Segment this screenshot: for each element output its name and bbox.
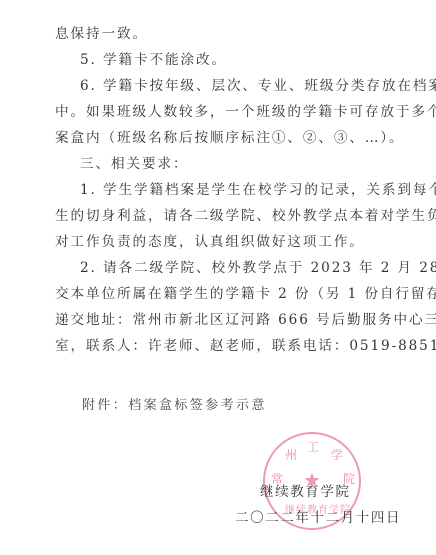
requirement-1: 1. 学生学籍档案是学生在校学习的记录，关系到每个学	[80, 182, 436, 198]
seal-char: 学	[331, 446, 343, 463]
attachment-note: 附件：档案盒标签参考示意	[82, 398, 267, 414]
item-6: 6. 学籍卡按年级、层次、专业、班级分类存放在档案盒	[80, 78, 436, 94]
contact-line: 室，联系人：许老师、赵老师，联系电话：0519-88510538。	[55, 338, 436, 354]
text-line: 中。如果班级人数较多，一个班级的学籍卡可存放于多个档	[55, 104, 436, 120]
section-heading-requirements: 三、相关要求：	[80, 156, 188, 172]
signature-organization: 继续教育学院	[260, 480, 351, 500]
text-line: 息保持一致。	[55, 26, 148, 42]
text-line: 对工作负责的态度，认真组织做好这项工作。	[55, 234, 365, 250]
seal-char: 工	[307, 438, 319, 455]
text-line: 案盒内（班级名称后按顺序标注①、②、③、…）。	[55, 130, 405, 146]
seal-char: 州	[285, 446, 297, 463]
signature-date: 二〇二二年十二月十四日	[235, 506, 401, 526]
text-line: 生的切身利益，请各二级学院、校外教学点本着对学生负责、	[55, 208, 436, 224]
requirement-2: 2. 请各二级学院、校外教学点于 2023 年 2 月 28 日前递	[80, 260, 436, 276]
item-5: 5. 学籍卡不能涂改。	[80, 52, 227, 68]
document-page: 息保持一致。 5. 学籍卡不能涂改。 6. 学籍卡按年级、层次、专业、班级分类存…	[0, 0, 436, 555]
address-line: 递交地址：常州市新北区辽河路 666 号后勤服务中心三楼 313	[55, 312, 436, 328]
text-line: 交本单位所属在籍学生的学籍卡 2 份（另 1 份自行留存），	[55, 286, 436, 302]
